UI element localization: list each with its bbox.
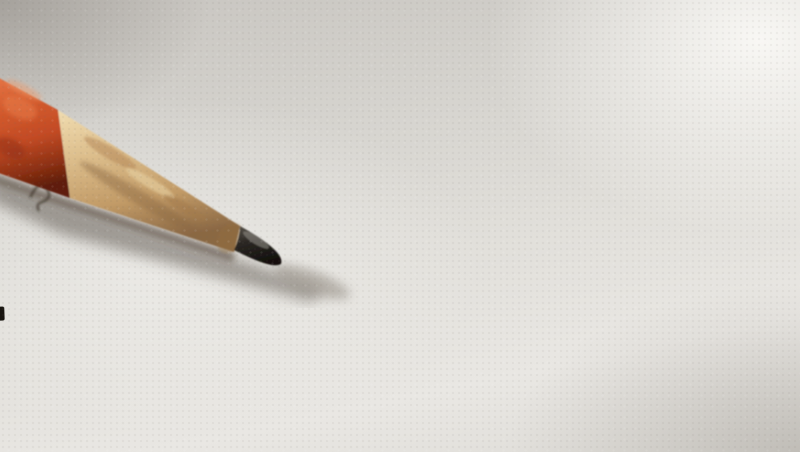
cut-off-question-number	[0, 306, 5, 320]
pencil	[0, 48, 370, 308]
pencil-graphite-tip	[234, 226, 281, 265]
scantron-answer-sheet-photo	[0, 0, 800, 452]
